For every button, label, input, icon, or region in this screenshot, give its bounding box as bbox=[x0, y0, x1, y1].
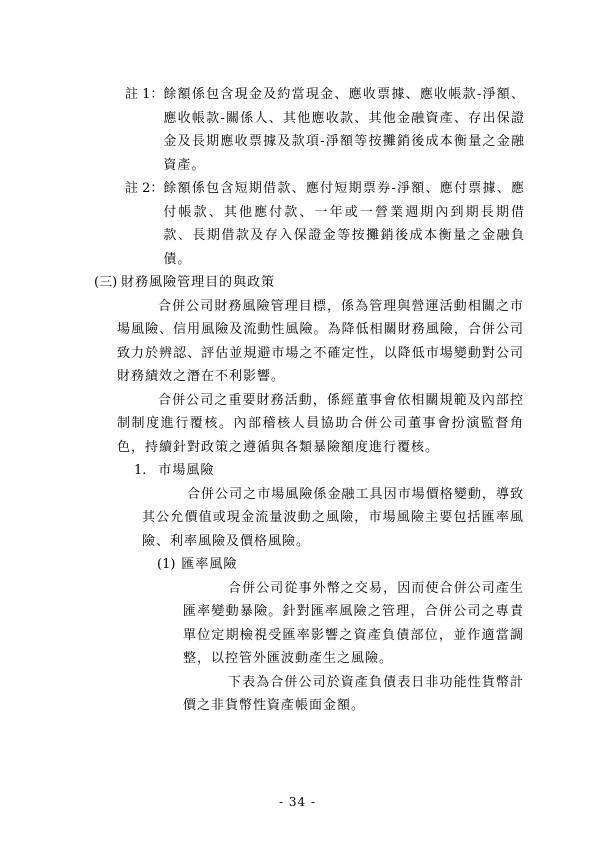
market-risk-number: 1. bbox=[134, 459, 146, 483]
document-page: 註 1： 餘額係包含現金及約當現金、應收票據、應收帳款-淨額、應收帳款-關係人、… bbox=[0, 0, 595, 842]
exchange-rate-risk-number: (1) bbox=[157, 553, 175, 577]
footnote-1-label: 註 1： bbox=[125, 83, 163, 177]
footnote-2: 註 2： 餘額係包含短期借款、應付短期票券-淨額、應付票據、應付帳款、其他應付款… bbox=[125, 177, 525, 271]
section-paragraph-1: 合併公司財務風險管理目標，係為管理與營運活動相關之市場風險、信用風險及流動性風險… bbox=[117, 295, 524, 389]
section-title: 財務風險管理目的與政策 bbox=[121, 275, 275, 290]
footnote-2-text: 餘額係包含短期借款、應付短期票券-淨額、應付票據、應付帳款、其他應付款、一年或一… bbox=[163, 177, 525, 271]
footnote-2-label: 註 2： bbox=[125, 177, 163, 271]
section-heading: (三)財務風險管理目的與政策 bbox=[94, 271, 595, 295]
footnote-1: 註 1： 餘額係包含現金及約當現金、應收票據、應收帳款-淨額、應收帳款-關係人、… bbox=[125, 83, 525, 177]
exchange-rate-risk-title: 匯率風險 bbox=[181, 557, 237, 572]
market-risk-title: 市場風險 bbox=[158, 463, 214, 478]
market-risk-heading: 1.市場風險 bbox=[134, 459, 595, 483]
exchange-rate-risk-paragraph-1: 合併公司從事外幣之交易，因而使合併公司產生匯率變動暴險。針對匯率風險之管理，合併… bbox=[183, 577, 524, 671]
page-number: - 34 - bbox=[0, 791, 595, 815]
section-number: (三) bbox=[94, 271, 117, 295]
footnote-1-text: 餘額係包含現金及約當現金、應收票據、應收帳款-淨額、應收帳款-關係人、其他應收款… bbox=[163, 83, 525, 177]
exchange-rate-risk-paragraph-2: 下表為合併公司於資產負債表日非功能性貨幣計價之非貨幣性資產帳面金額。 bbox=[183, 671, 524, 718]
market-risk-paragraph: 合併公司之市場風險係金融工具因市場價格變動，導致其公允價值或現金流量波動之風險，… bbox=[142, 483, 524, 554]
page-content: 註 1： 餘額係包含現金及約當現金、應收票據、應收帳款-淨額、應收帳款-關係人、… bbox=[0, 83, 595, 718]
section-paragraph-2: 合併公司之重要財務活動，係經董事會依相關規範及內部控制制度進行覆核。內部稽核人員… bbox=[117, 389, 524, 460]
exchange-rate-risk-heading: (1)匯率風險 bbox=[157, 553, 595, 577]
